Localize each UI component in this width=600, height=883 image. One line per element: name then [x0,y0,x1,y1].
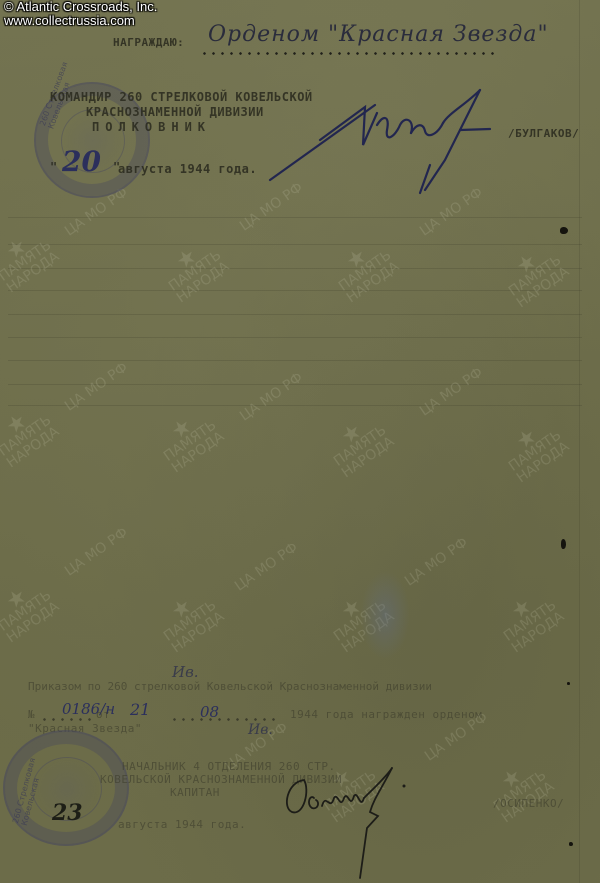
ink-spot [567,682,570,685]
order-number-prefix: № [28,708,35,721]
copyright-line: © Atlantic Crossroads, Inc. [4,0,157,14]
commander-date: августа 1944 года. [118,162,257,176]
commander-signature [265,85,495,195]
official-stamp: 260 Стрелковая Ковельская [3,730,129,846]
order-month-dots [170,718,280,721]
award-label: НАГРАЖДАЮ: [113,36,184,49]
chief-name: /ОСИПЕНКО/ [493,797,564,810]
order-from: от [96,708,110,721]
chief-rank: КАПИТАН [170,786,220,799]
order-note-bottom: Ив. [248,722,273,738]
order-note-top: Ив. [172,663,199,681]
chief-date-day-handwritten: 23 [52,800,83,826]
commander-title-line2: КРАСНОЗНАМЕННОЙ ДИВИЗИИ [86,105,264,119]
order-line1: Приказом по 260 стрелковой Ковельской Кр… [28,680,432,693]
date-quote-open: " [50,160,58,174]
commander-rank: ПОЛКОВНИК [92,120,211,134]
chief-signature [282,768,432,883]
ink-smudge [360,570,410,660]
ink-spot [560,227,568,234]
date-day-handwritten: 20 [62,145,101,178]
chief-date: августа 1944 года. [118,818,246,831]
order-day-handwritten: 21 [130,700,150,719]
order-line2-suffix: 1944 года награжден орденом [290,708,482,721]
ink-spot [569,842,573,846]
ink-spot [561,539,566,549]
commander-name: /БУЛГАКОВ/ [508,127,579,140]
award-handwritten: Орденом "Красная Звезда" [208,22,549,47]
award-dotted-line [200,52,500,55]
